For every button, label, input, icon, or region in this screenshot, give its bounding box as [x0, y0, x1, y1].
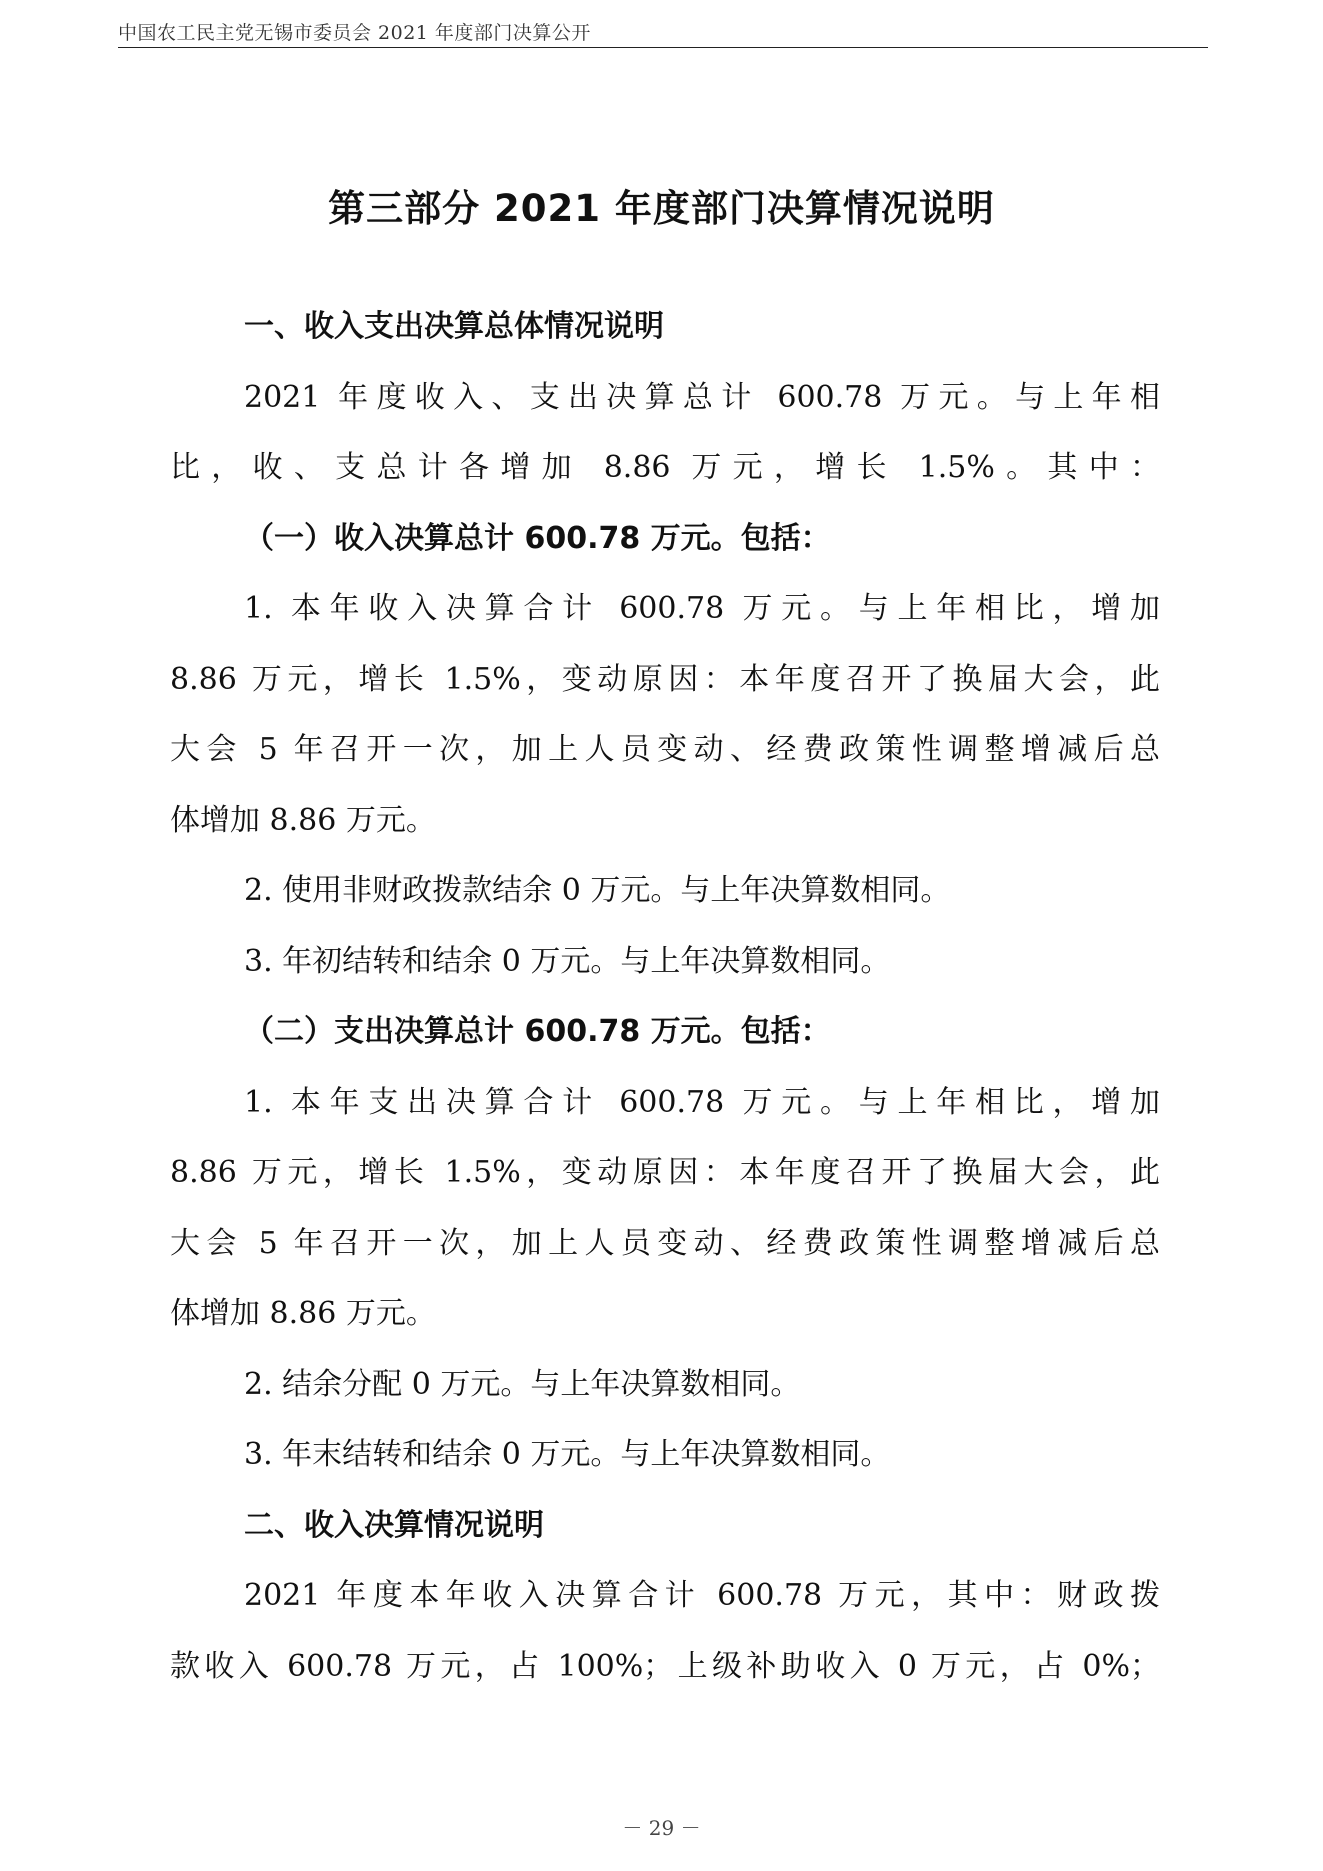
paragraph-line: 比，收、支总计各增加 8.86 万元，增长 1.5%。其中： — [170, 433, 1160, 504]
paragraph-line: 2021 年度收入、支出决算总计 600.78 万元。与上年相 — [170, 363, 1160, 434]
paragraph-line: 2021 年度本年收入决算合计 600.78 万元，其中：财政拨 — [170, 1561, 1160, 1632]
paragraph-line: 1. 本年支出决算合计 600.78 万元。与上年相比，增加 — [170, 1068, 1160, 1139]
paragraph-line: 大会 5 年召开一次，加上人员变动、经费政策性调整增减后总 — [170, 715, 1160, 786]
paragraph-line: 2. 使用非财政拨款结余 0 万元。与上年决算数相同。 — [170, 856, 1160, 927]
document-body: 一、收入支出决算总体情况说明 2021 年度收入、支出决算总计 600.78 万… — [170, 292, 1160, 1702]
running-header: 中国农工民主党无锡市委员会 2021 年度部门决算公开 — [118, 18, 591, 45]
paragraph-line: 1. 本年收入决算合计 600.78 万元。与上年相比，增加 — [170, 574, 1160, 645]
section-heading-2: 二、收入决算情况说明 — [170, 1491, 1160, 1562]
subsection-heading-expenditure: （二）支出决算总计 600.78 万元。包括： — [170, 997, 1160, 1068]
paragraph-line: 大会 5 年召开一次，加上人员变动、经费政策性调整增减后总 — [170, 1209, 1160, 1280]
paragraph-line: 2. 结余分配 0 万元。与上年决算数相同。 — [170, 1350, 1160, 1421]
paragraph-line: 3. 年初结转和结余 0 万元。与上年决算数相同。 — [170, 927, 1160, 998]
page-number: － 29 － — [0, 1812, 1323, 1841]
paragraph-line: 体增加 8.86 万元。 — [170, 1279, 1160, 1350]
subsection-heading-income: （一）收入决算总计 600.78 万元。包括： — [170, 504, 1160, 575]
section-heading-1: 一、收入支出决算总体情况说明 — [170, 292, 1160, 363]
paragraph-line: 8.86 万元，增长 1.5%，变动原因：本年度召开了换届大会，此 — [170, 645, 1160, 716]
paragraph-line: 8.86 万元，增长 1.5%，变动原因：本年度召开了换届大会，此 — [170, 1138, 1160, 1209]
paragraph-line: 款收入 600.78 万元，占 100%；上级补助收入 0 万元，占 0%； — [170, 1632, 1160, 1703]
paragraph-line: 3. 年末结转和结余 0 万元。与上年决算数相同。 — [170, 1420, 1160, 1491]
header-divider — [118, 47, 1208, 48]
paragraph-line: 体增加 8.86 万元。 — [170, 786, 1160, 857]
page-title: 第三部分 2021 年度部门决算情况说明 — [0, 178, 1323, 232]
